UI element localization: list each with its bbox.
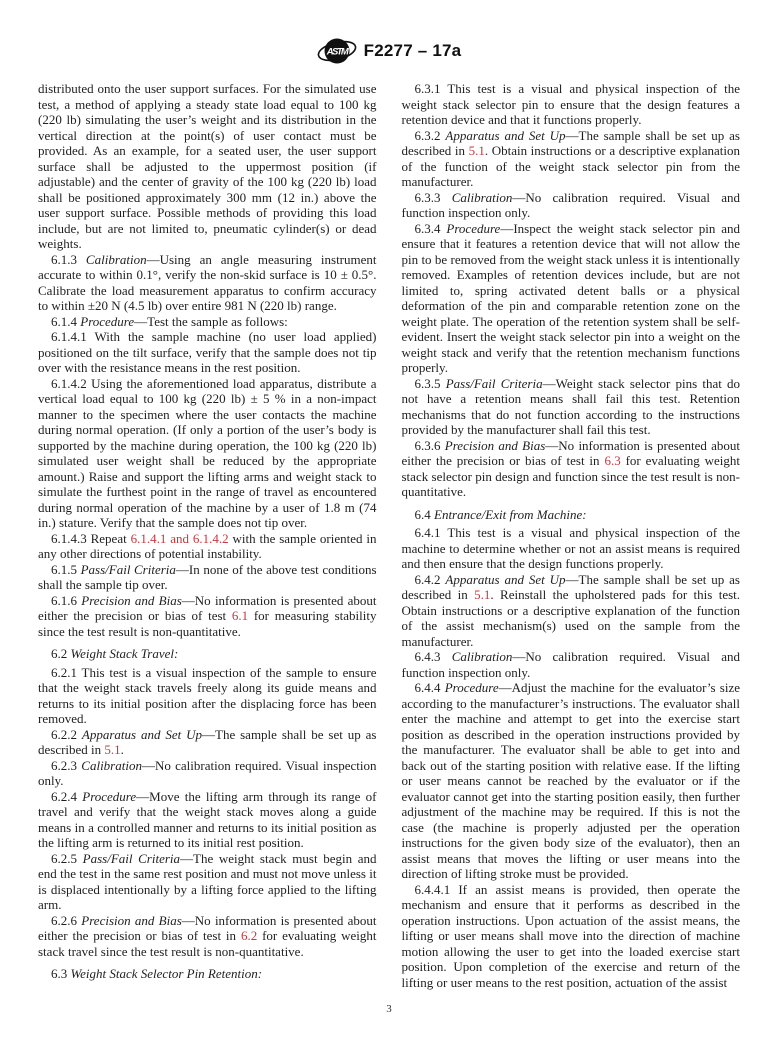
text-run: 6.4	[415, 507, 435, 522]
text-run: —Adjust the machine for the evaluator’s …	[402, 680, 741, 881]
paragraph: 6.4.4.1 If an assist means is provided, …	[402, 882, 741, 991]
text-run: 6.1.4.3 Repeat	[51, 531, 131, 546]
term-label: Calibration	[86, 252, 147, 267]
paragraph: distributed onto the user support surfac…	[38, 81, 377, 252]
text-run: 6.1.4	[51, 314, 80, 329]
paragraph: 6.3.6 Precision and Bias—No information …	[402, 438, 741, 500]
text-run: —Test the sample as follows:	[134, 314, 288, 329]
text-run: 6.3.1 This test is a visual and physical…	[402, 81, 741, 127]
text-run: 6.2.1 This test is a visual inspection o…	[38, 665, 377, 727]
term-label: Calibration	[452, 190, 513, 205]
paragraph: 6.1.4.1 With the sample machine (no user…	[38, 329, 377, 376]
svg-text:ASTM: ASTM	[325, 47, 349, 58]
term-label: Weight Stack Selector Pin Retention:	[71, 966, 263, 981]
astm-logo-icon: ASTM	[317, 34, 357, 68]
term-label: Procedure	[446, 221, 500, 236]
paragraph: 6.2.3 Calibration—No calibration require…	[38, 758, 377, 789]
left-column: distributed onto the user support surfac…	[38, 81, 377, 990]
section-heading: 6.3 Weight Stack Selector Pin Retention:	[38, 966, 377, 982]
paragraph: 6.4.2 Apparatus and Set Up—The sample sh…	[402, 572, 741, 650]
term-label: Precision and Bias	[445, 438, 546, 453]
text-run: 6.3.3	[415, 190, 452, 205]
section-ref-link[interactable]: 6.3	[604, 453, 620, 468]
paragraph: 6.3.3 Calibration—No calibration require…	[402, 190, 741, 221]
term-label: Entrance/Exit from Machine:	[434, 507, 587, 522]
text-run: 6.2.6	[51, 913, 81, 928]
term-label: Calibration	[452, 649, 513, 664]
page-footer: 3	[0, 1003, 778, 1015]
paragraph: 6.2.1 This test is a visual inspection o…	[38, 665, 377, 727]
paragraph: 6.1.4 Procedure—Test the sample as follo…	[38, 314, 377, 330]
text-run: —Inspect the weight stack selector pin a…	[402, 221, 741, 376]
text-run: 6.1.6	[51, 593, 81, 608]
term-label: Procedure	[80, 314, 134, 329]
term-label: Pass/Fail Criteria	[446, 376, 543, 391]
text-run: 6.4.4	[415, 680, 445, 695]
text-run: 6.1.3	[51, 252, 86, 267]
document-header: ASTM F2277 – 17a	[0, 0, 778, 68]
paragraph: 6.2.4 Procedure—Move the lifting arm thr…	[38, 789, 377, 851]
term-label: Precision and Bias	[81, 593, 182, 608]
paragraph: 6.4.4 Procedure—Adjust the machine for t…	[402, 680, 741, 882]
text-run: 6.3.5	[415, 376, 446, 391]
text-run: 6.2.5	[51, 851, 83, 866]
text-run: 6.2.2	[51, 727, 82, 742]
term-label: Apparatus and Set Up	[445, 572, 565, 587]
text-run: 6.3	[51, 966, 71, 981]
term-label: Calibration	[81, 758, 142, 773]
paragraph: 6.4.1 This test is a visual and physical…	[402, 525, 741, 572]
text-run: 6.4.4.1 If an assist means is provided, …	[402, 882, 741, 990]
paragraph: 6.3.1 This test is a visual and physical…	[402, 81, 741, 128]
page-number: 3	[386, 1003, 392, 1015]
section-ref-link[interactable]: 6.2	[241, 928, 257, 943]
paragraph: 6.1.4.3 Repeat 6.1.4.1 and 6.1.4.2 with …	[38, 531, 377, 562]
section-ref-link[interactable]: 5.1	[474, 587, 490, 602]
section-ref-link[interactable]: 5.1	[469, 143, 485, 158]
text-run: .	[121, 742, 124, 757]
document-title: F2277 – 17a	[364, 41, 462, 61]
document-page: ASTM F2277 – 17a distributed onto the us…	[0, 0, 778, 1041]
paragraph: 6.3.2 Apparatus and Set Up—The sample sh…	[402, 128, 741, 190]
term-label: Apparatus and Set Up	[82, 727, 202, 742]
section-heading: 6.4 Entrance/Exit from Machine:	[402, 507, 741, 523]
paragraph: 6.2.2 Apparatus and Set Up—The sample sh…	[38, 727, 377, 758]
term-label: Precision and Bias	[81, 913, 182, 928]
right-column: 6.3.1 This test is a visual and physical…	[402, 81, 741, 990]
section-ref-link[interactable]: 5.1	[104, 742, 120, 757]
section-ref-link[interactable]: 6.1	[232, 608, 248, 623]
two-column-body: distributed onto the user support surfac…	[0, 81, 778, 990]
term-label: Pass/Fail Criteria	[83, 851, 180, 866]
text-run: 6.2	[51, 646, 71, 661]
text-run: 6.4.1 This test is a visual and physical…	[402, 525, 741, 571]
term-label: Procedure	[445, 680, 499, 695]
text-run: distributed onto the user support surfac…	[38, 81, 377, 251]
paragraph: 6.4.3 Calibration—No calibration require…	[402, 649, 741, 680]
paragraph: 6.1.3 Calibration—Using an angle measuri…	[38, 252, 377, 314]
text-run: 6.3.4	[415, 221, 447, 236]
text-run: 6.2.4	[51, 789, 82, 804]
paragraph: 6.3.5 Pass/Fail Criteria—Weight stack se…	[402, 376, 741, 438]
section-heading: 6.2 Weight Stack Travel:	[38, 646, 377, 662]
text-run: 6.3.2	[415, 128, 446, 143]
text-run: 6.1.4.2 Using the aforementioned load ap…	[38, 376, 377, 531]
paragraph: 6.2.6 Precision and Bias—No information …	[38, 913, 377, 960]
paragraph: 6.3.4 Procedure—Inspect the weight stack…	[402, 221, 741, 376]
term-label: Weight Stack Travel:	[71, 646, 179, 661]
text-run: 6.4.3	[415, 649, 452, 664]
paragraph: 6.1.5 Pass/Fail Criteria—In none of the …	[38, 562, 377, 593]
term-label: Pass/Fail Criteria	[81, 562, 176, 577]
text-run: 6.3.6	[415, 438, 445, 453]
paragraph: 6.1.4.2 Using the aforementioned load ap…	[38, 376, 377, 531]
paragraph: 6.1.6 Precision and Bias—No information …	[38, 593, 377, 640]
term-label: Apparatus and Set Up	[445, 128, 565, 143]
text-run: 6.2.3	[51, 758, 81, 773]
term-label: Procedure	[82, 789, 136, 804]
text-run: 6.1.4.1 With the sample machine (no user…	[38, 329, 377, 375]
text-run: 6.4.2	[415, 572, 446, 587]
paragraph: 6.2.5 Pass/Fail Criteria—The weight stac…	[38, 851, 377, 913]
section-ref-link[interactable]: 6.1.4.1 and 6.1.4.2	[131, 531, 229, 546]
text-run: 6.1.5	[51, 562, 81, 577]
